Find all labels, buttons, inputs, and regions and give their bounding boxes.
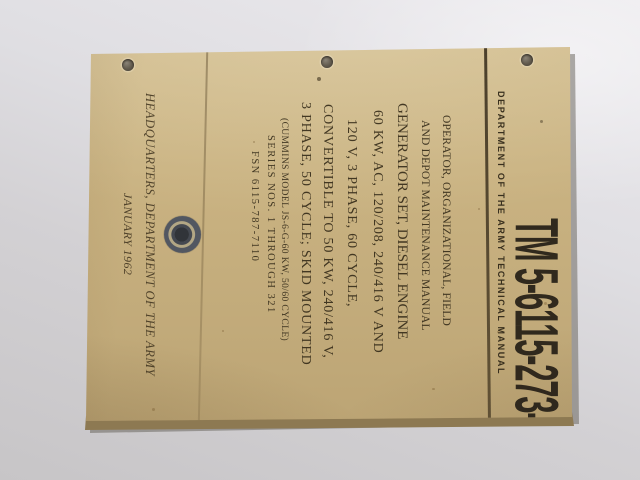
- age-spot: [544, 302, 547, 305]
- age-spot: [253, 141, 255, 143]
- title-line: FSN 6115-787-7110: [248, 119, 259, 295]
- title-line: AND DEPOT MAINTENANCE MANUAL: [418, 104, 430, 346]
- tm-number: TM 5-6115-273-15: [510, 146, 562, 390]
- title-line: SERIES NOS. 1 THROUGH 321: [264, 114, 275, 335]
- age-spot: [497, 331, 499, 333]
- title-line: (CUMMINS MODEL JS-6-G-60 KW, 50/60 CYCLE…: [278, 91, 288, 368]
- age-spot: [540, 120, 543, 123]
- army-seal: [164, 216, 201, 253]
- photo-of-manual-cover: TM 5-6115-273-15 DEPARTMENT OF THE ARMY …: [0, 0, 640, 480]
- age-spot: [432, 388, 435, 390]
- title-line: OPERATOR, ORGANIZATIONAL, FIELD: [439, 110, 451, 332]
- title-line: GENERATOR SET, DIESEL ENGINE: [394, 84, 409, 358]
- punch-hole: [521, 54, 533, 66]
- manual-cover: TM 5-6115-273-15 DEPARTMENT OF THE ARMY …: [0, 0, 640, 480]
- title-line: 120 V, 3 PHASE, 60 CYCLE,: [344, 92, 358, 334]
- age-spot: [152, 408, 155, 411]
- age-spot: [317, 77, 321, 81]
- title-line: CONVERTIBLE TO 50 KW, 240/416 V,: [320, 84, 334, 378]
- punch-hole: [122, 59, 134, 71]
- headquarters-line: HEADQUARTERS, DEPARTMENT OF THE ARMY: [143, 79, 156, 391]
- title-line: 60 KW, AC, 120/208, 240/416 V AND: [370, 74, 384, 390]
- date-line: JANUARY 1962: [122, 185, 134, 283]
- age-spot: [222, 330, 224, 332]
- header-rule: [484, 47, 490, 419]
- punch-hole: [321, 56, 333, 68]
- department-line: DEPARTMENT OF THE ARMY TECHNICAL MANUAL: [495, 75, 505, 391]
- age-spot: [478, 208, 480, 210]
- title-line: 3 PHASE, 50 CYCLE; SKID MOUNTED: [298, 86, 312, 381]
